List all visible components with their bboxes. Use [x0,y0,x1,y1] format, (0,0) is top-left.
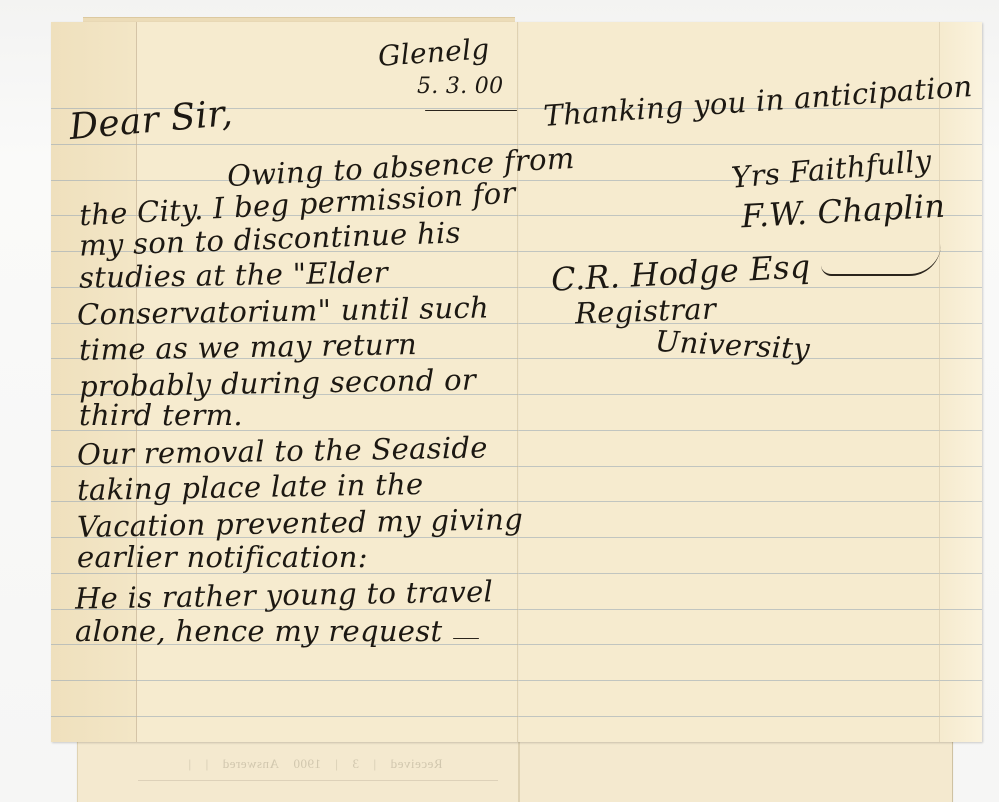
letter-line-8: third term. [79,398,243,432]
bleed-received: Received [390,756,442,772]
letter-line-4: studies at the "Elder [79,255,388,294]
closing-dash [453,638,479,639]
letter-line-9: Our removal to the Seaside [77,430,488,471]
right-edge-shade [942,22,982,742]
reverse-sheet: Received | 3 | 1900 Answered || [77,740,953,802]
valediction: Yrs Faithfully [730,143,933,194]
letter-sheet: Glenelg 5. 3. 00 Dear Sir, Owing to abse… [51,22,982,742]
bleed-answered: Answered [222,756,279,772]
bleed-rule [138,780,498,781]
letter-line-10: taking place late in the [77,467,424,507]
signature-flourish [821,244,941,276]
addressee-name: C.R. Hodge Esq [550,247,811,299]
letter-line-5: Conservatorium" until such [77,290,489,331]
place-heading: Glenelg [377,32,491,73]
bleed-day: 3 [352,756,359,772]
addressee-institution: University [654,324,811,366]
letter-line-13: He is rather young to travel [75,574,494,615]
bleed-through-text: Received | 3 | 1900 Answered || [188,754,548,774]
center-fold [517,22,519,742]
addressee-title: Registrar [574,292,716,331]
letter-line-14: alone, hence my request [75,614,442,648]
closing-line: Thanking you in anticipation [542,69,973,133]
date-underline [425,110,517,111]
bleed-year: 1900 [293,756,321,772]
signature: F.W. Chaplin [740,187,946,236]
letter-line-12: earlier notification: [77,540,368,574]
date: 5. 3. 00 [417,74,503,99]
right-fold-line [939,22,940,742]
letter-line-6: time as we may return [79,327,418,367]
